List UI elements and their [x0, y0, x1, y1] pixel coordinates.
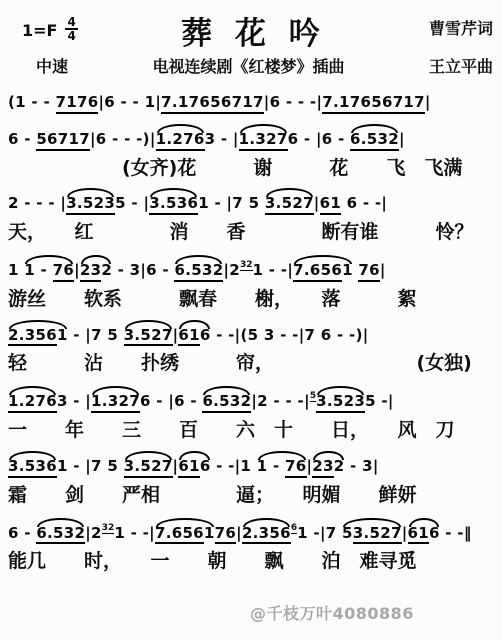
notation-line-7: 3.5361 - |7 5 3.527|616 - -|1 1 - 76|232… — [8, 459, 495, 478]
time-signature-bottom: 4 — [65, 30, 77, 42]
score: (1 - - 7176|6 - - 1|7.17656717|6 - - -|7… — [8, 95, 495, 572]
lyricist-credit: 曹雪芹词 — [429, 8, 495, 39]
watermark: @千枝万叶4080886 — [250, 601, 414, 624]
time-signature: 44 — [65, 16, 77, 42]
subtitle: 电视连续剧《红楼梦》插曲 — [68, 54, 429, 77]
notation-line-5: 2.3561 - |7 5 3.527|616 - -|(5 3 - -|7 6… — [8, 328, 495, 347]
notation-line-1: (1 - - 7176|6 - - 1|7.17656717|6 - - -|7… — [8, 95, 495, 114]
lyrics-line-4: 游丝 软系 飘春 榭， 落 絮 — [8, 289, 495, 310]
song-title: 葬 花 吟 — [78, 8, 429, 53]
sheet-music-page: 1=F44 葬 花 吟 曹雪芹词 中速 电视连续剧《红楼梦》插曲 王立平曲 (1… — [0, 0, 503, 572]
lyrics-line-2: (女齐)花 谢 花 飞 飞满 — [8, 158, 495, 179]
notation-line-2: 6 - 56717|6 - - -)|1.2763 - |1.3276 - |6… — [8, 132, 495, 151]
time-signature-top: 4 — [65, 16, 77, 30]
lyrics-line-5: 轻 沾 扑绣 帘， (女独) — [8, 353, 495, 374]
lyrics-line-3: 天， 红 消 香 断有谁 怜？ — [8, 222, 495, 243]
lyrics-line-7: 霜 剑 严相 逼； 明媚 鲜妍 — [8, 485, 495, 506]
key-signature: 1=F44 — [8, 8, 78, 42]
key-text: 1=F — [22, 21, 57, 40]
lyrics-line-6: 一 年 三 百 六 十 日， 风 刀 — [8, 420, 495, 441]
notation-line-4: 1 1 - 76|232 - 3|6 - 6.532|2321 - -|7.65… — [8, 261, 495, 282]
header-row-1: 1=F44 葬 花 吟 曹雪芹词 — [8, 8, 495, 53]
notation-line-6: 1.2763 - |1.3276 - |6 - 6.532|2 - - -|53… — [8, 392, 495, 413]
tempo-marking: 中速 — [8, 54, 68, 77]
notation-line-3: 2 - - - |3.5235 - |3.5361 - |7 5 3.527|6… — [8, 196, 495, 215]
lyrics-line-8: 能几 时， 一 朝 飘 泊 难寻觅 — [8, 551, 495, 572]
composer-credit: 王立平曲 — [429, 54, 495, 77]
notation-line-8: 6 - 6.532|2321 - -|7.656176|2.35661 -|7 … — [8, 524, 495, 545]
header-row-2: 中速 电视连续剧《红楼梦》插曲 王立平曲 — [8, 54, 495, 77]
